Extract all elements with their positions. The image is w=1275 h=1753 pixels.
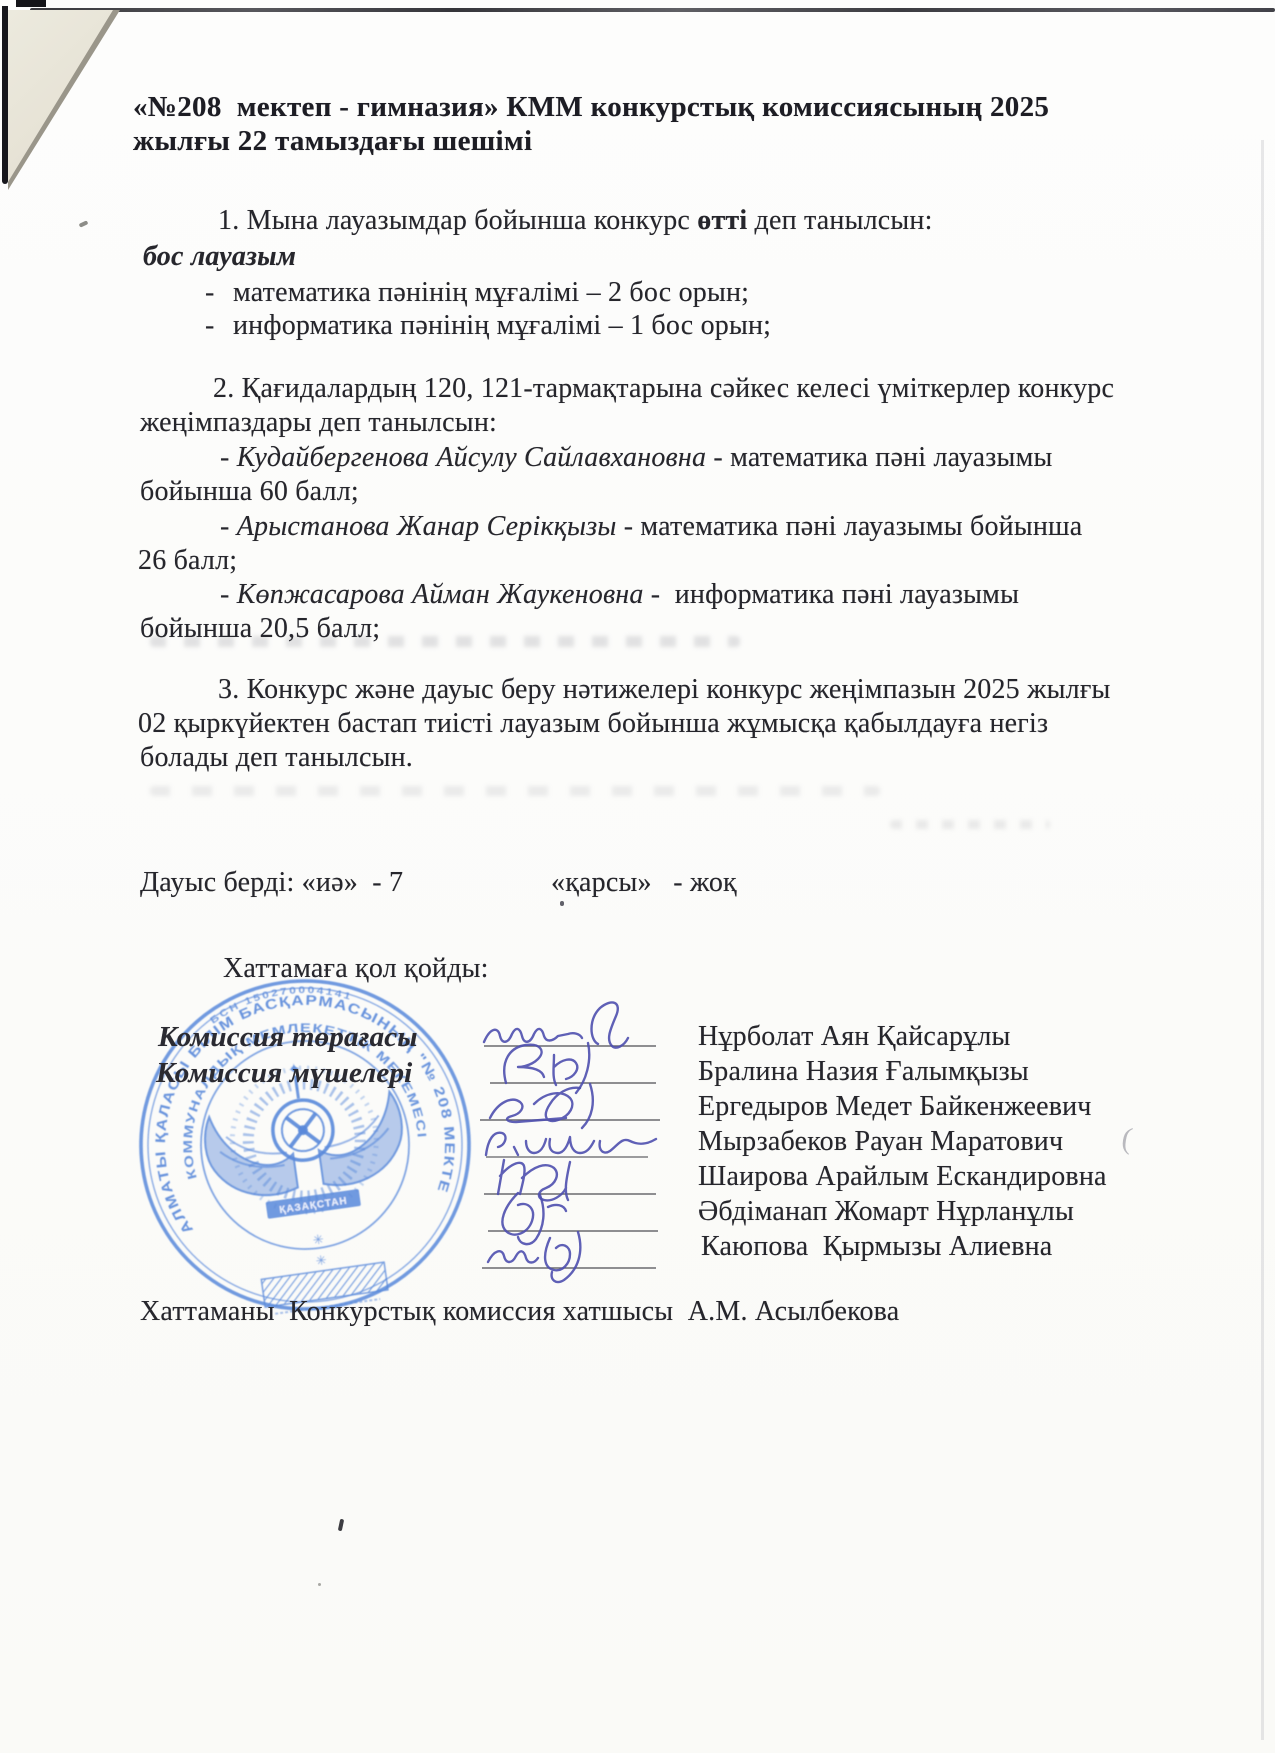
signer-name: Мырзабеков Рауан Маратович [698, 1125, 1063, 1159]
item2-line1: 2. Қағидалардың 120, 121-тармақтарына сә… [213, 372, 1114, 406]
winner2-rest: - математика пәні лауазымы бойынша [617, 511, 1083, 542]
winner2-score: 26 балл; [138, 544, 237, 578]
winner2-name: - Арыстанова Жанар Серікқызы [220, 511, 617, 542]
signer-name: Шаирова Арайлым Ескандировна [698, 1160, 1107, 1194]
signer-name: Нұрболат Аян Қайсарұлы [698, 1020, 1011, 1054]
vote-result-yes: Дауыс берді: «иә» - 7 [140, 866, 403, 900]
document-title-line2: жылғы 22 тамыздағы шешімі [133, 124, 532, 158]
signer-name: Ергедыров Медет Байкенжеевич [698, 1090, 1092, 1124]
item1-lead-tail: деп танылсын: [747, 205, 932, 236]
vacancy-line-2: -информатика пәнінің мұғалімі – 1 бос ор… [205, 309, 771, 343]
signature [470, 1222, 680, 1302]
signer-name: Каюпова Қырмызы Алиевна [701, 1230, 1052, 1264]
signer-name: Бралина Назия Ғалымқызы [698, 1055, 1029, 1089]
signing-header: Хаттамаға қол қойды: [223, 952, 489, 986]
bullet-dash: - [205, 276, 233, 310]
item1-lead: 1. Мына лауазымдар бойынша конкурс [218, 205, 697, 236]
winner1-rest: - математика пәні лауазымы [706, 442, 1052, 473]
winner3-score: бойынша 20,5 балл; [140, 612, 380, 646]
item3-line3: болады деп танылсын. [140, 741, 413, 775]
document-title-line1: «№208 мектеп - гимназия» КММ конкурстық … [133, 90, 1049, 124]
winner3-name: - Көпжасарова Айман Жаукеновна [220, 579, 644, 610]
scanned-document-page: ( «№208 мектеп - гимназия» КММ конкурсты… [0, 0, 1275, 1753]
winner1-name: - Кудайбергенова Айсулу Сайлавхановна [220, 442, 706, 473]
item3-line2: 02 қыркүйектен бастап тиісті лауазым бой… [138, 707, 1048, 741]
winner3-line: - Көпжасарова Айман Жаукеновна - информа… [220, 578, 1019, 612]
signer-name: Әбдіманап Жомарт Нұрланұлы [698, 1195, 1074, 1229]
item2-line2: жеңімпаздары деп танылсын: [140, 406, 497, 440]
role-members: Комиссия мүшелері [156, 1056, 412, 1090]
bullet-dash: - [205, 309, 233, 343]
vacancy1-text: математика пәнінің мұғалімі – 2 бос орын… [233, 277, 749, 308]
role-chairman: Комиссия төрағасы [158, 1020, 418, 1054]
winner2-line: - Арыстанова Жанар Серікқызы - математик… [220, 510, 1082, 544]
vacancy-line-1: -математика пәнінің мұғалімі – 2 бос оры… [205, 276, 749, 310]
vote-result-no: «қарсы» - жоқ [551, 866, 737, 900]
item3-line1: 3. Конкурс және дауыс беру нәтижелері ко… [218, 673, 1111, 707]
stamp-star-mark: ✳ [312, 1231, 325, 1247]
stamp-star-mark: ✳ [315, 1252, 328, 1268]
emblem-right-wing [312, 1091, 409, 1188]
winner1-score: бойынша 60 балл; [140, 475, 359, 509]
item1-lead-bold: өтті [697, 205, 747, 236]
winner3-rest: - информатика пәні лауазымы [644, 579, 1020, 610]
item1-lead-line: 1. Мына лауазымдар бойынша конкурс өтті … [218, 204, 933, 238]
vacancy2-text: информатика пәнінің мұғалімі – 1 бос оры… [233, 310, 771, 341]
item1-subheading: бос лауазым [143, 240, 296, 274]
winner1-line: - Кудайбергенова Айсулу Сайлавхановна - … [220, 441, 1053, 475]
